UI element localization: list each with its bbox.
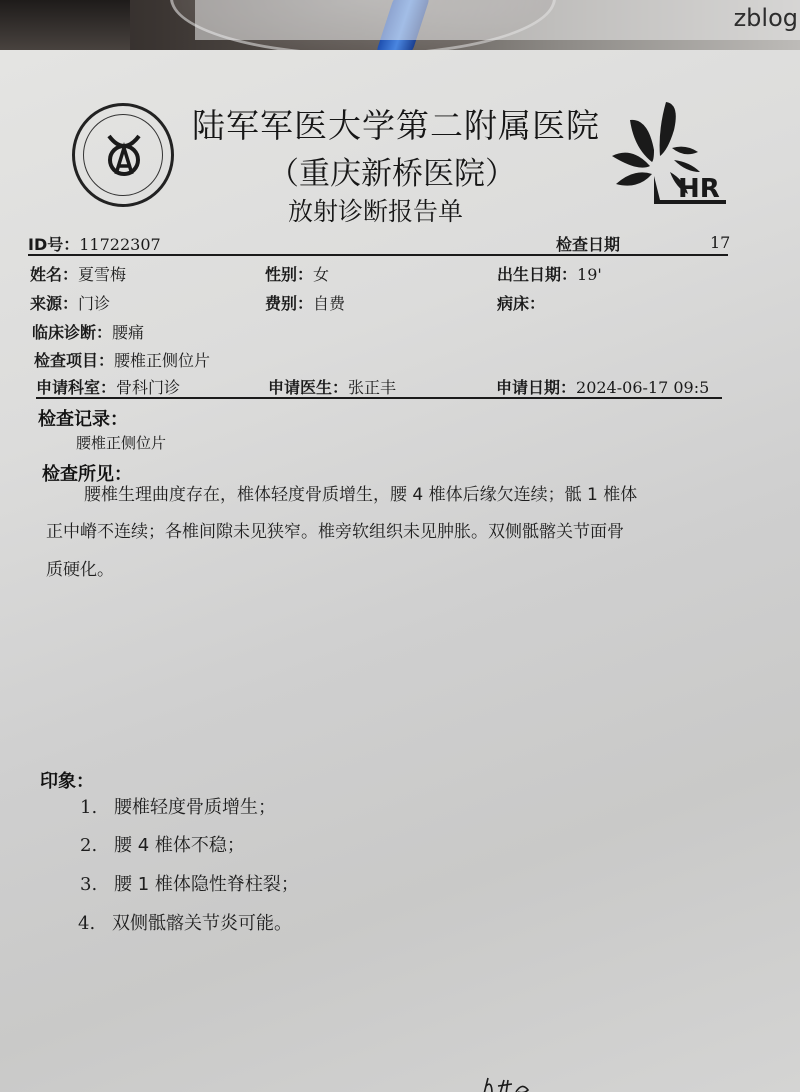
impression-item: 1.腰椎轻度骨质增生； bbox=[80, 793, 276, 819]
findings-line-3: 质硬化。 bbox=[46, 550, 114, 590]
sex-field: 性别：女 bbox=[265, 262, 329, 285]
exam-date-field: 检查日期 bbox=[556, 232, 620, 255]
item-number: 2. bbox=[80, 835, 114, 856]
request-date-label: 申请日期： bbox=[496, 378, 576, 397]
fee-label: 费别： bbox=[265, 294, 313, 313]
svg-text:HR: HR bbox=[678, 174, 720, 204]
dob-label: 出生日期： bbox=[497, 265, 577, 284]
impression-item: 4.双侧骶髂关节炎可能。 bbox=[78, 909, 292, 935]
watermark-text: zblog bbox=[734, 4, 798, 32]
name-value: 夏雪梅 bbox=[78, 265, 126, 284]
sex-label: 性别： bbox=[265, 265, 313, 284]
dob-value: 19' bbox=[577, 265, 602, 284]
clinical-diagnosis-field: 临床诊断：腰痛 bbox=[32, 320, 144, 343]
request-dept-field: 申请科室：骨科门诊 bbox=[36, 375, 180, 398]
request-date-field: 申请日期：2024-06-17 09:5 bbox=[496, 375, 709, 398]
background-object bbox=[0, 0, 130, 52]
hospital-name: 陆军军医大学第二附属医院 bbox=[192, 100, 600, 147]
item-number: 4. bbox=[78, 913, 112, 934]
exam-date-label: 检查日期 bbox=[556, 235, 620, 254]
id-field: ID号：11722307 bbox=[28, 232, 161, 255]
exam-record-value: 腰椎正侧位片 bbox=[76, 432, 166, 453]
exam-item-value: 腰椎正侧位片 bbox=[114, 351, 210, 370]
hospital-alias: （重庆新桥医院） bbox=[268, 148, 516, 193]
dob-field: 出生日期：19' bbox=[497, 262, 602, 285]
findings-line-1: 腰椎生理曲度存在，椎体轻度骨质增生，腰 4 椎体后缘欠连续；骶 1 椎体 bbox=[84, 475, 637, 515]
exam-item-label: 检查项目： bbox=[34, 351, 114, 370]
request-doctor-label: 申请医生： bbox=[268, 378, 348, 397]
request-doctor-field: 申请医生：张正丰 bbox=[268, 375, 396, 398]
item-number: 1. bbox=[80, 797, 114, 818]
patient-name-field: 姓名：夏雪梅 bbox=[30, 262, 126, 285]
source-field: 来源：门诊 bbox=[30, 291, 110, 314]
bed-label: 病床： bbox=[497, 294, 545, 313]
exam-item-field: 检查项目：腰椎正侧位片 bbox=[34, 348, 210, 371]
bed-field: 病床： bbox=[497, 291, 545, 314]
item-text: 腰 4 椎体不稳； bbox=[114, 835, 245, 856]
request-date-value: 2024-06-17 09:5 bbox=[576, 378, 709, 397]
divider bbox=[36, 397, 722, 399]
exam-record-title: 检查记录： bbox=[38, 405, 128, 431]
hr-radiology-logo-icon: HR bbox=[608, 100, 728, 210]
id-label: ID号： bbox=[28, 235, 79, 254]
impression-item: 2.腰 4 椎体不稳； bbox=[80, 831, 245, 857]
impression-title: 印象： bbox=[40, 767, 94, 793]
source-value: 门诊 bbox=[78, 294, 110, 313]
exam-date-value: 17 bbox=[710, 233, 730, 252]
id-value: 11722307 bbox=[79, 235, 160, 254]
source-label: 来源： bbox=[30, 294, 78, 313]
photo-background-strip: zblog bbox=[0, 0, 800, 52]
sex-value: 女 bbox=[313, 265, 329, 284]
findings-line-2: 正中嵴不连续；各椎间隙未见狭窄。椎旁软组织未见肿胀。双侧骶髂关节面骨 bbox=[46, 512, 624, 552]
impression-item: 3.腰 1 椎体隐性脊柱裂； bbox=[80, 870, 299, 896]
report-title: 放射诊断报告单 bbox=[288, 192, 463, 228]
request-dept-value: 骨科门诊 bbox=[116, 378, 180, 397]
item-number: 3. bbox=[80, 874, 114, 895]
signature-icon bbox=[478, 1074, 548, 1092]
item-text: 腰 1 椎体隐性脊柱裂； bbox=[114, 874, 299, 895]
fee-field: 费别：自费 bbox=[265, 291, 345, 314]
clinical-diagnosis-label: 临床诊断： bbox=[32, 323, 112, 342]
clinical-diagnosis-value: 腰痛 bbox=[112, 323, 144, 342]
seal-emblem-icon bbox=[105, 134, 143, 178]
name-label: 姓名： bbox=[30, 265, 78, 284]
item-text: 腰椎轻度骨质增生； bbox=[114, 797, 276, 818]
request-doctor-value: 张正丰 bbox=[348, 378, 396, 397]
divider bbox=[28, 254, 728, 256]
fee-value: 自费 bbox=[313, 294, 345, 313]
request-dept-label: 申请科室： bbox=[36, 378, 116, 397]
item-text: 双侧骶髂关节炎可能。 bbox=[112, 913, 292, 934]
hospital-seal-icon bbox=[72, 103, 174, 207]
watermark-overlay bbox=[195, 0, 800, 40]
